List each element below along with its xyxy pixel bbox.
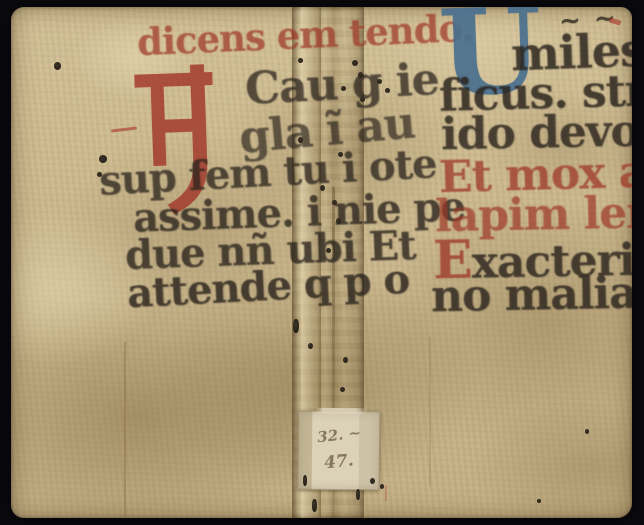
red-ink-streak	[111, 126, 137, 132]
wormhole	[54, 62, 61, 70]
red-ink-streak	[385, 485, 387, 501]
wormhole	[352, 60, 358, 66]
wormhole	[326, 248, 331, 253]
wormhole	[343, 357, 348, 363]
shelfmark-line: 32. ~	[298, 422, 380, 449]
wormhole	[585, 429, 589, 434]
shelfmark-label: 32. ~ 47.	[298, 411, 381, 491]
sewing-hole	[293, 319, 299, 333]
scratch-line	[429, 337, 431, 487]
shelfmark-number: 47.	[298, 448, 380, 475]
wormhole	[370, 478, 375, 484]
manuscript-line: no malia. a	[431, 271, 632, 320]
wormhole	[298, 137, 303, 143]
wormhole	[338, 152, 343, 157]
wormhole	[332, 200, 337, 205]
wormhole	[537, 499, 541, 503]
wormhole	[380, 484, 384, 489]
manuscript-book-cover: dicens em tendo. Cau g ie gla ĩ au sup f…	[11, 7, 632, 518]
rubric-header-line: dicens em tendo.	[136, 10, 474, 62]
wormhole	[99, 155, 107, 163]
wormhole	[385, 88, 390, 93]
wormhole	[308, 343, 313, 349]
sewing-hole	[303, 475, 307, 486]
wormhole	[97, 172, 102, 177]
wormhole	[320, 185, 325, 191]
sewing-hole	[356, 489, 360, 500]
manuscript-line: attende q p o	[126, 260, 410, 315]
wormhole	[298, 58, 303, 63]
photo-background: dicens em tendo. Cau g ie gla ĩ au sup f…	[0, 0, 644, 525]
wormhole	[360, 97, 365, 102]
wormhole	[358, 72, 363, 78]
wormhole	[336, 218, 341, 224]
sewing-hole	[312, 499, 317, 512]
wormhole	[341, 86, 346, 91]
wormhole	[377, 79, 382, 84]
scratch-line	[124, 342, 126, 518]
wormhole	[340, 387, 345, 392]
